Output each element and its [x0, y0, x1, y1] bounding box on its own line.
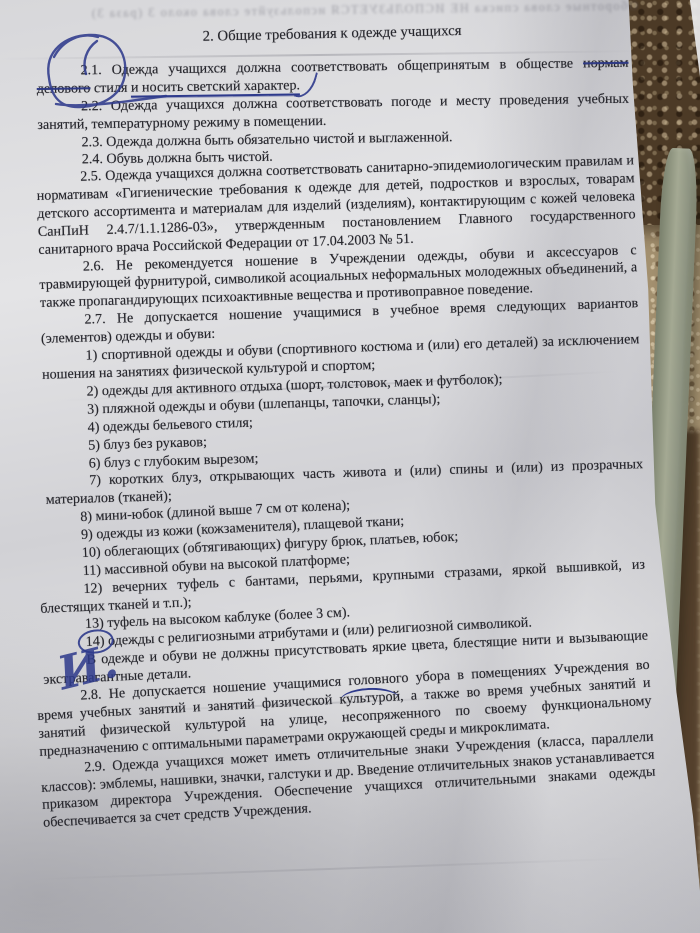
text-segment: 5) блуз без рукавов;: [88, 434, 207, 454]
paragraph-group-middle: 2.5. Одежда учащихся должна соответствов…: [36, 153, 644, 511]
text-segment: 2.1. Одежда учащихся должна соответствов…: [80, 55, 583, 78]
text-segment: 4) одежды бельевого стиля;: [87, 415, 253, 436]
text-segment: стиля: [90, 79, 131, 96]
pen-under-text: и носить светский характер.: [131, 77, 300, 97]
text-segment: 2.2. Одежда учащихся должна соответствов…: [37, 90, 629, 132]
photo-of-document: Оборотные слова списка НЕ ИСПОЛЬЗУЕТСЯ и…: [0, 0, 700, 933]
document-content: 2. Общие требования к одежде учащихся 2.…: [36, 22, 628, 833]
paragraph-group-items: 8) мини-юбок (длиной выше 7 см от колена…: [36, 484, 649, 689]
text-segment: 2.5. Одежда учащихся должна соответствов…: [37, 153, 636, 258]
document-title: 2. Общие требования к одежде учащихся: [36, 19, 628, 50]
paragraph-group-top: 2. Общие требования к одежде учащихся 2.…: [36, 22, 630, 171]
